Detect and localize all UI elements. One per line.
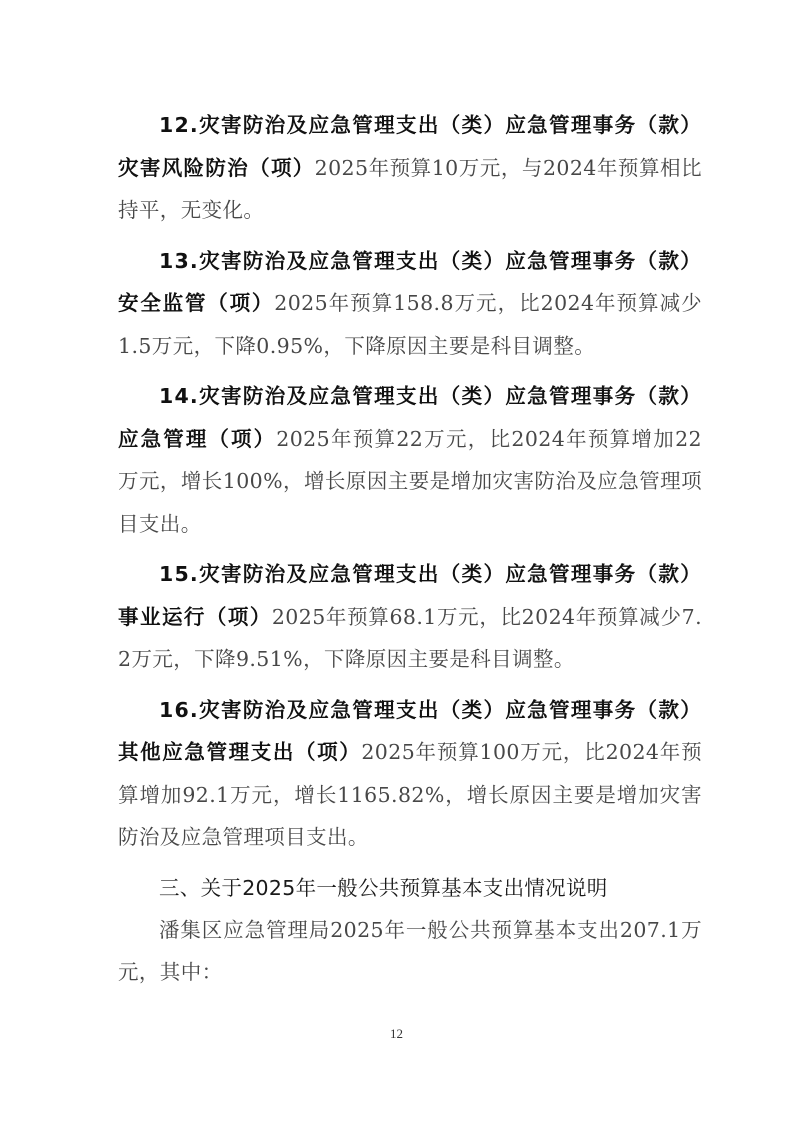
budget-item-13: 13.灾害防治及应急管理支出（类）应急管理事务（款）安全监管（项）2025年预算… — [118, 240, 702, 368]
section-title: 三、关于2025年一般公共预算基本支出情况说明 — [118, 867, 702, 909]
section-body: 潘集区应急管理局2025年一般公共预算基本支出207.1万元，其中： — [118, 909, 702, 993]
page-number: 12 — [0, 1026, 793, 1042]
budget-item-15: 15.灾害防治及应急管理支出（类）应急管理事务（款）事业运行（项）2025年预算… — [118, 553, 702, 681]
document-page: 12.灾害防治及应急管理支出（类）应急管理事务（款）灾害风险防治（项）2025年… — [118, 104, 702, 993]
budget-item-12: 12.灾害防治及应急管理支出（类）应急管理事务（款）灾害风险防治（项）2025年… — [118, 104, 702, 232]
budget-item-14: 14.灾害防治及应急管理支出（类）应急管理事务（款）应急管理（项）2025年预算… — [118, 375, 702, 545]
budget-item-16: 16.灾害防治及应急管理支出（类）应急管理事务（款）其他应急管理支出（项）202… — [118, 689, 702, 859]
